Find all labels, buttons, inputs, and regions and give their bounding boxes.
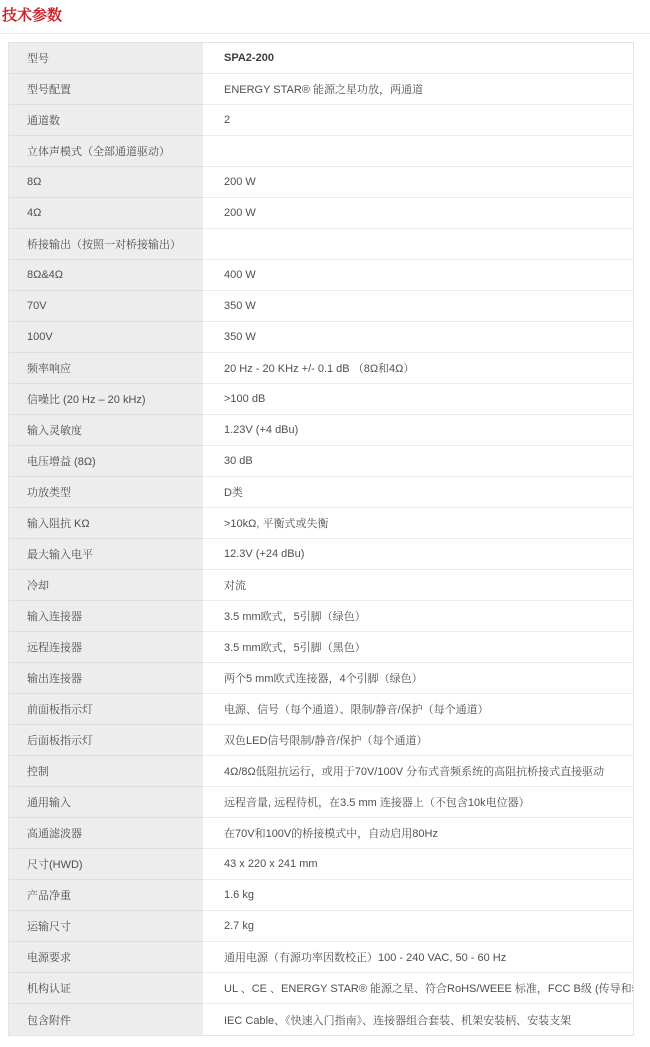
page: 技术参数 型号SPA2-200型号配置ENERGY STAR® 能源之星功放，两…: [0, 0, 650, 1047]
spec-label: 输出连接器: [9, 663, 203, 694]
spec-label: 100V: [9, 322, 203, 353]
spec-value: 350 W: [203, 322, 633, 353]
spec-value: 12.3V (+24 dBu): [203, 539, 633, 570]
table-row: 桥接输出（按照一对桥接输出）: [9, 229, 633, 260]
spec-value: 20 Hz - 20 KHz +/- 0.1 dB （8Ω和4Ω）: [203, 353, 633, 384]
table-row: 通道数2: [9, 105, 633, 136]
spec-value: 2.7 kg: [203, 911, 633, 942]
spec-value: ENERGY STAR® 能源之星功放，两通道: [203, 74, 633, 105]
table-row: 前面板指示灯电源、信号（每个通道）、限制/静音/保护（每个通道）: [9, 694, 633, 725]
spec-label: 8Ω&4Ω: [9, 260, 203, 291]
table-row: 4Ω200 W: [9, 198, 633, 229]
spec-label: 电源要求: [9, 942, 203, 973]
table-row: 型号配置ENERGY STAR® 能源之星功放，两通道: [9, 74, 633, 105]
spec-label: 输入灵敏度: [9, 415, 203, 446]
spec-label: 前面板指示灯: [9, 694, 203, 725]
spec-value: 1.23V (+4 dBu): [203, 415, 633, 446]
spec-table: 型号SPA2-200型号配置ENERGY STAR® 能源之星功放，两通道通道数…: [8, 42, 634, 1036]
spec-value: [203, 136, 633, 167]
spec-value: 两个5 mm欧式连接器，4个引脚（绿色）: [203, 663, 633, 694]
spec-value: [203, 229, 633, 260]
spec-value: 在70V和100V的桥接模式中，自动启用80Hz: [203, 818, 633, 849]
title-divider: [0, 33, 650, 34]
spec-label: 高通滤波器: [9, 818, 203, 849]
table-row: 包含附件IEC Cable、《快速入门指南》、连接器组合套装、机架安装柄、安装支…: [9, 1004, 633, 1035]
spec-value: SPA2-200: [203, 43, 633, 74]
spec-value: 2: [203, 105, 633, 136]
table-row: 8Ω200 W: [9, 167, 633, 198]
page-title: 技术参数: [0, 0, 650, 26]
spec-label: 桥接输出（按照一对桥接输出）: [9, 229, 203, 260]
table-row: 运输尺寸2.7 kg: [9, 911, 633, 942]
spec-value: 对流: [203, 570, 633, 601]
spec-label: 机构认证: [9, 973, 203, 1004]
spec-value: >10kΩ, 平衡式或失衡: [203, 508, 633, 539]
spec-value: >100 dB: [203, 384, 633, 415]
table-row: 输入阻抗 KΩ>10kΩ, 平衡式或失衡: [9, 508, 633, 539]
spec-value: 远程音量, 远程待机，在3.5 mm 连接器上（不包含10k电位器）: [203, 787, 633, 818]
spec-value: 30 dB: [203, 446, 633, 477]
spec-label: 最大输入电平: [9, 539, 203, 570]
spec-value: 双色LED信号限制/静音/保护（每个通道）: [203, 725, 633, 756]
table-row: 电源要求通用电源（有源功率因数校正）100 - 240 VAC, 50 - 60…: [9, 942, 633, 973]
table-row: 型号SPA2-200: [9, 43, 633, 74]
table-row: 冷却对流: [9, 570, 633, 601]
spec-value: 200 W: [203, 167, 633, 198]
spec-value: 43 x 220 x 241 mm: [203, 849, 633, 880]
spec-label: 电压增益 (8Ω): [9, 446, 203, 477]
spec-value: D类: [203, 477, 633, 508]
spec-value: 400 W: [203, 260, 633, 291]
table-row: 100V350 W: [9, 322, 633, 353]
table-row: 机构认证UL 、CE 、ENERGY STAR® 能源之星、符合RoHS/WEE…: [9, 973, 633, 1004]
spec-label: 远程连接器: [9, 632, 203, 663]
spec-label: 型号配置: [9, 74, 203, 105]
table-row: 产品净重1.6 kg: [9, 880, 633, 911]
spec-label: 频率响应: [9, 353, 203, 384]
spec-label: 通用输入: [9, 787, 203, 818]
table-row: 输入灵敏度1.23V (+4 dBu): [9, 415, 633, 446]
spec-label: 尺寸(HWD): [9, 849, 203, 880]
table-row: 8Ω&4Ω400 W: [9, 260, 633, 291]
table-row: 输出连接器两个5 mm欧式连接器，4个引脚（绿色）: [9, 663, 633, 694]
spec-label: 冷却: [9, 570, 203, 601]
spec-label: 运输尺寸: [9, 911, 203, 942]
spec-label: 功放类型: [9, 477, 203, 508]
spec-label: 输入连接器: [9, 601, 203, 632]
spec-value: 200 W: [203, 198, 633, 229]
table-row: 高通滤波器在70V和100V的桥接模式中，自动启用80Hz: [9, 818, 633, 849]
spec-value: 4Ω/8Ω低阻抗运行，或用于70V/100V 分布式音频系统的高阻抗桥接式直接驱…: [203, 756, 633, 787]
spec-value: 电源、信号（每个通道）、限制/静音/保护（每个通道）: [203, 694, 633, 725]
table-row: 远程连接器3.5 mm欧式，5引脚（黑色）: [9, 632, 633, 663]
table-row: 功放类型D类: [9, 477, 633, 508]
table-row: 尺寸(HWD)43 x 220 x 241 mm: [9, 849, 633, 880]
spec-label: 8Ω: [9, 167, 203, 198]
spec-label: 通道数: [9, 105, 203, 136]
table-row: 控制4Ω/8Ω低阻抗运行，或用于70V/100V 分布式音频系统的高阻抗桥接式直…: [9, 756, 633, 787]
spec-label: 型号: [9, 43, 203, 74]
table-row: 输入连接器3.5 mm欧式，5引脚（绿色）: [9, 601, 633, 632]
table-row: 电压增益 (8Ω)30 dB: [9, 446, 633, 477]
table-row: 后面板指示灯双色LED信号限制/静音/保护（每个通道）: [9, 725, 633, 756]
table-row: 通用输入远程音量, 远程待机，在3.5 mm 连接器上（不包含10k电位器）: [9, 787, 633, 818]
spec-value: 通用电源（有源功率因数校正）100 - 240 VAC, 50 - 60 Hz: [203, 942, 633, 973]
spec-label: 信噪比 (20 Hz – 20 kHz): [9, 384, 203, 415]
table-row: 70V350 W: [9, 291, 633, 322]
spec-value: 1.6 kg: [203, 880, 633, 911]
spec-label: 70V: [9, 291, 203, 322]
table-row: 频率响应20 Hz - 20 KHz +/- 0.1 dB （8Ω和4Ω）: [9, 353, 633, 384]
spec-label: 4Ω: [9, 198, 203, 229]
table-row: 立体声模式（全部通道驱动）: [9, 136, 633, 167]
spec-label: 产品净重: [9, 880, 203, 911]
spec-value: 3.5 mm欧式，5引脚（黑色）: [203, 632, 633, 663]
spec-label: 后面板指示灯: [9, 725, 203, 756]
spec-value: 3.5 mm欧式，5引脚（绿色）: [203, 601, 633, 632]
spec-value: IEC Cable、《快速入门指南》、连接器组合套装、机架安装柄、安装支架: [203, 1004, 633, 1035]
table-row: 信噪比 (20 Hz – 20 kHz)>100 dB: [9, 384, 633, 415]
table-row: 最大输入电平12.3V (+24 dBu): [9, 539, 633, 570]
spec-label: 立体声模式（全部通道驱动）: [9, 136, 203, 167]
spec-label: 输入阻抗 KΩ: [9, 508, 203, 539]
spec-value: UL 、CE 、ENERGY STAR® 能源之星、符合RoHS/WEEE 标准…: [203, 973, 633, 1004]
spec-label: 控制: [9, 756, 203, 787]
spec-label: 包含附件: [9, 1004, 203, 1035]
spec-value: 350 W: [203, 291, 633, 322]
